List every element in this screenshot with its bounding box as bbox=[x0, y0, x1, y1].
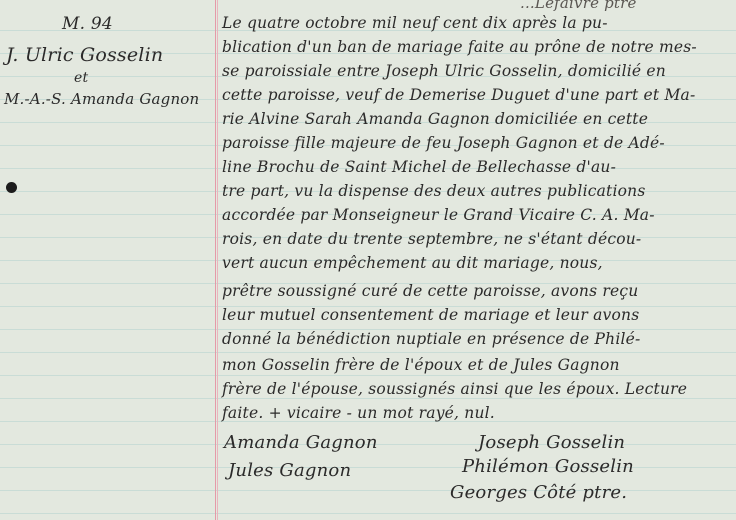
margin-bride-name: M.-A.-S. Amanda Gagnon bbox=[4, 90, 199, 108]
body-line-5: rie Alvine Sarah Amanda Gagnon domicilié… bbox=[222, 110, 648, 128]
body-line-8: tre part, vu la dispense des deux autres… bbox=[222, 182, 646, 200]
header-fragment: ...Lefaivre ptre bbox=[520, 0, 637, 12]
body-line-6: paroisse fille majeure de feu Joseph Gag… bbox=[222, 134, 665, 152]
signature-witness-philemon: Philémon Gosselin bbox=[462, 456, 634, 477]
body-line-1: Le quatre octobre mil neuf cent dix aprè… bbox=[222, 14, 608, 32]
entry-number: M. 94 bbox=[62, 14, 113, 34]
body-line-9: accordée par Monseigneur le Grand Vicair… bbox=[222, 206, 655, 224]
margin-conjunction: et bbox=[74, 70, 88, 86]
margin-groom-name: J. Ulric Gosselin bbox=[6, 44, 163, 66]
body-line-15: mon Gosselin frère de l'époux et de Jule… bbox=[222, 356, 620, 374]
body-line-11: vert aucun empêchement au dit mariage, n… bbox=[222, 254, 603, 272]
body-line-16: frère de l'épouse, soussignés ainsi que … bbox=[222, 380, 687, 398]
body-line-3: se paroissiale entre Joseph Ulric Gossel… bbox=[222, 62, 666, 80]
body-line-12: prêtre soussigné curé de cette paroisse,… bbox=[222, 282, 638, 300]
signature-priest: Georges Côté ptre. bbox=[450, 482, 627, 503]
body-line-7: line Brochu de Saint Michel de Bellechas… bbox=[222, 158, 616, 176]
ink-blot bbox=[6, 182, 17, 193]
signature-bride: Amanda Gagnon bbox=[224, 432, 378, 453]
body-line-10: rois, en date du trente septembre, ne s'… bbox=[222, 230, 641, 248]
signature-witness-jules: Jules Gagnon bbox=[228, 460, 351, 481]
body-line-4: cette paroisse, veuf de Demerise Duguet … bbox=[222, 86, 695, 104]
body-line-13: leur mutuel consentement de mariage et l… bbox=[222, 306, 639, 324]
margin-rule bbox=[215, 0, 216, 520]
body-line-2: blication d'un ban de mariage faite au p… bbox=[222, 38, 697, 56]
margin-rule-secondary bbox=[217, 0, 218, 520]
body-line-14: donné la bénédiction nuptiale en présenc… bbox=[222, 330, 641, 348]
body-line-17: faite. + vicaire - un mot rayé, nul. bbox=[222, 404, 495, 422]
signature-groom: Joseph Gosselin bbox=[478, 432, 625, 453]
